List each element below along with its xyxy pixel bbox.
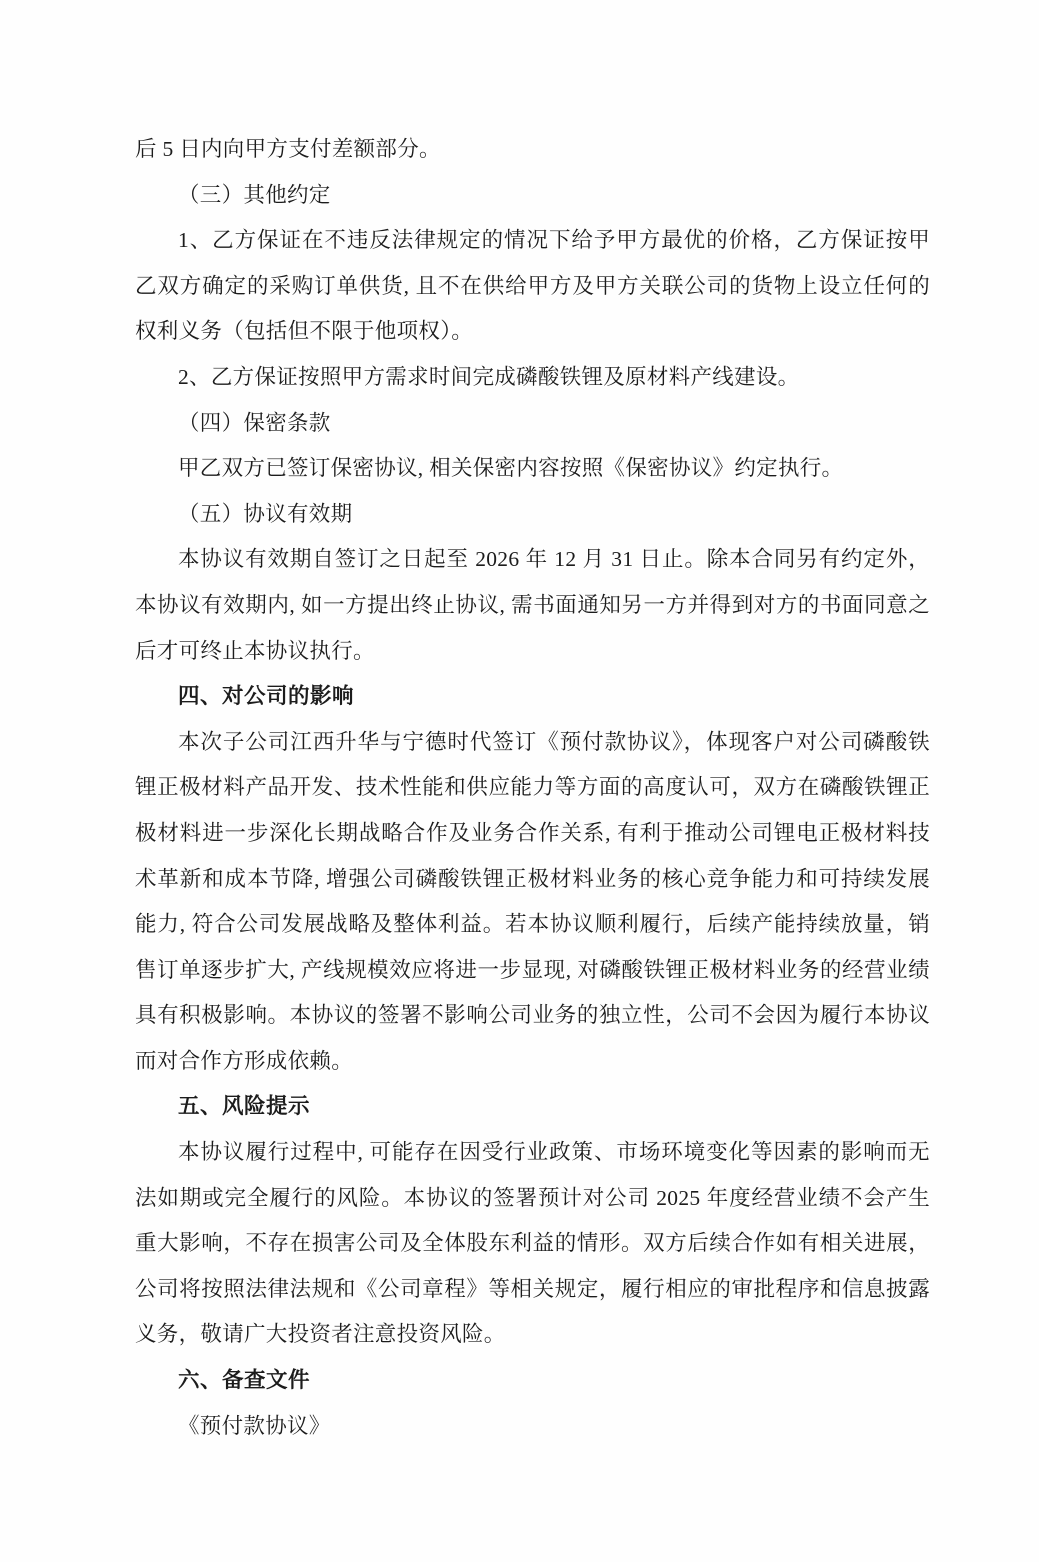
paragraph: 六、备查文件 [135, 1358, 930, 1404]
paragraph: 本协议履行过程中, 可能存在因受行业政策、市场环境变化等因素的影响而无法如期或完… [135, 1130, 930, 1358]
paragraph: 五、风险提示 [135, 1084, 930, 1130]
paragraph: 四、对公司的影响 [135, 674, 930, 720]
paragraph: 本协议有效期自签订之日起至 2026 年 12 月 31 日止。除本合同另有约定… [135, 537, 930, 674]
paragraph: 甲乙双方已签订保密协议, 相关保密内容按照《保密协议》约定执行。 [135, 446, 930, 492]
paragraph: 1、乙方保证在不违反法律规定的情况下给予甲方最优的价格，乙方保证按甲乙双方确定的… [135, 218, 930, 355]
document-page: 后 5 日内向甲方支付差额部分。（三）其他约定1、乙方保证在不违反法律规定的情况… [0, 0, 1039, 1562]
paragraph: （三）其他约定 [135, 173, 930, 219]
paragraph: 《预付款协议》 [135, 1404, 930, 1450]
paragraph: 本次子公司江西升华与宁德时代签订《预付款协议》，体现客户对公司磷酸铁锂正极材料产… [135, 720, 930, 1085]
document-body: 后 5 日内向甲方支付差额部分。（三）其他约定1、乙方保证在不违反法律规定的情况… [135, 127, 930, 1449]
paragraph: （四）保密条款 [135, 401, 930, 447]
paragraph: 后 5 日内向甲方支付差额部分。 [135, 127, 930, 173]
paragraph: （五）协议有效期 [135, 492, 930, 538]
paragraph: 2、乙方保证按照甲方需求时间完成磷酸铁锂及原材料产线建设。 [135, 355, 930, 401]
